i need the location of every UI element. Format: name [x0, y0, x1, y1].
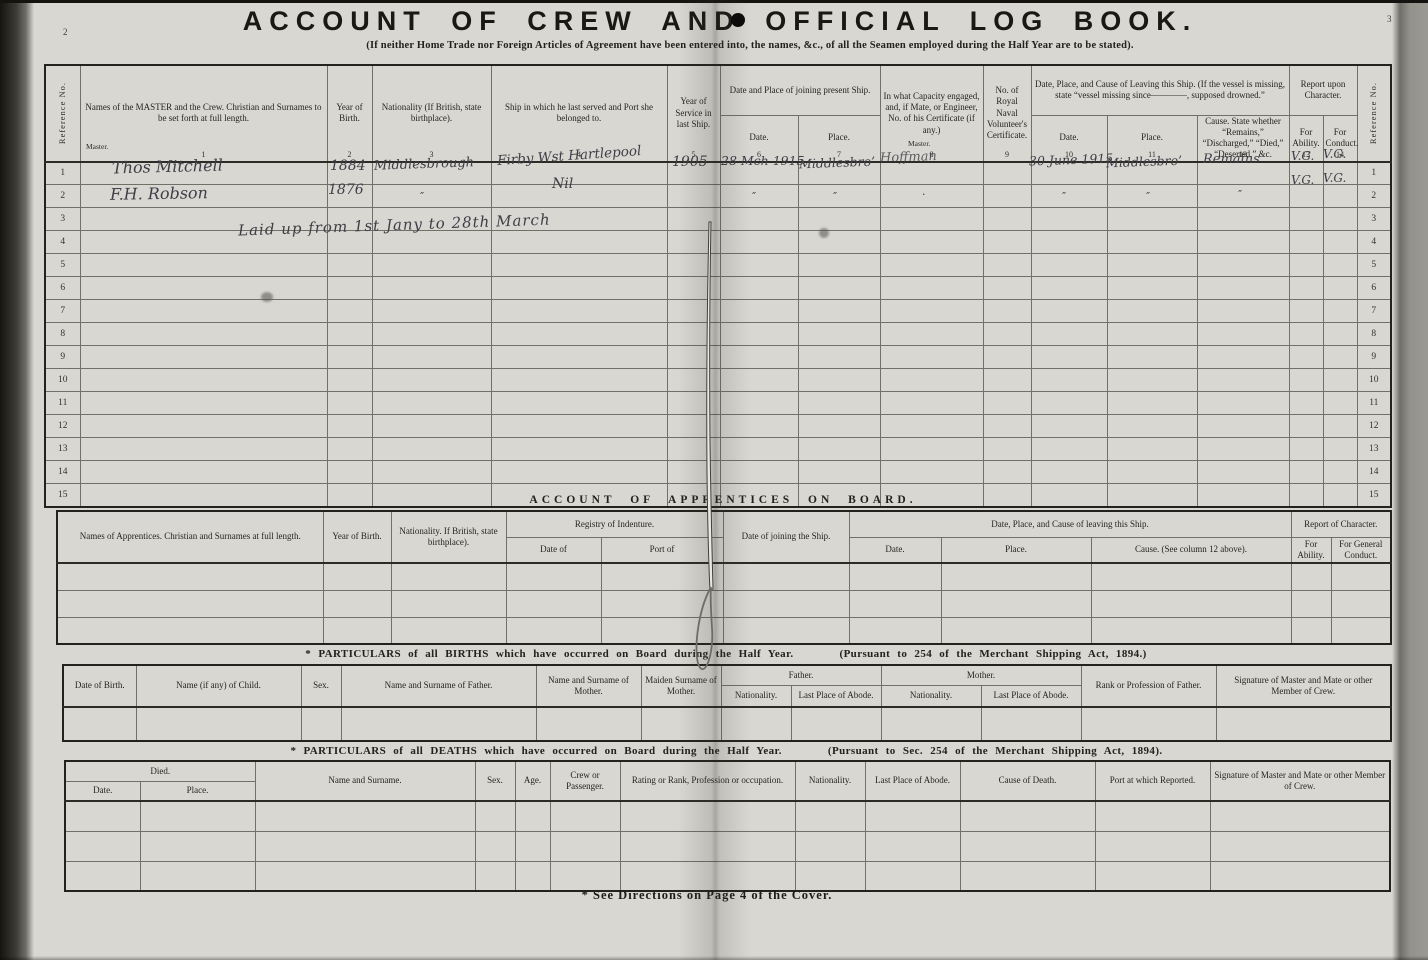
empty-cell: [620, 801, 795, 831]
empty-cell: [491, 231, 667, 254]
empty-cell: [372, 369, 491, 392]
empty-cell: [1095, 801, 1210, 831]
empty-cell: [880, 277, 983, 300]
empty-cell: [1197, 300, 1289, 323]
crew-col-reference-left: Reference No.: [45, 65, 80, 162]
empty-cell: [80, 415, 327, 438]
empty-cell: [550, 861, 620, 891]
row-number: 11: [45, 392, 80, 415]
empty-cell: [1095, 831, 1210, 861]
empty-cell: [721, 707, 791, 741]
row-number: 10: [45, 369, 80, 392]
empty-cell: [880, 323, 983, 346]
empty-cell: [960, 861, 1095, 891]
empty-cell: [880, 208, 983, 231]
birth-row: [63, 707, 1391, 741]
empty-cell: [1289, 346, 1323, 369]
crew-col-year-of-birth: Year of Birth.2: [327, 65, 372, 162]
empty-cell: [667, 415, 720, 438]
row-number: 11: [1357, 392, 1391, 415]
empty-cell: [491, 185, 667, 208]
empty-cell: [506, 563, 601, 590]
crew-row: 1010: [45, 369, 1391, 392]
crew-col-reference-right: Reference No.: [1357, 65, 1391, 162]
empty-cell: [506, 617, 601, 644]
births-col-child-name: Name (if any) of Child.: [136, 665, 301, 707]
empty-cell: [795, 861, 865, 891]
empty-cell: [1210, 801, 1390, 831]
empty-cell: [1031, 392, 1107, 415]
empty-cell: [1031, 300, 1107, 323]
births-col-mother-nationality: Nationality.: [881, 685, 981, 707]
births-col-mother-name: Name and Surname of Mother.: [536, 665, 641, 707]
empty-cell: [515, 861, 550, 891]
row-number: 8: [45, 323, 80, 346]
empty-cell: [491, 346, 667, 369]
empty-cell: [865, 801, 960, 831]
empty-cell: [372, 392, 491, 415]
empty-cell: [1331, 617, 1391, 644]
row-number: 8: [1357, 323, 1391, 346]
empty-cell: [1031, 277, 1107, 300]
deaths-col-died-date: Date.: [65, 781, 140, 801]
appr-col-leaving-date: Date.: [849, 537, 941, 563]
empty-cell: [1331, 590, 1391, 617]
empty-cell: [1323, 415, 1357, 438]
empty-cell: [491, 461, 667, 484]
empty-cell: [983, 208, 1031, 231]
empty-cell: [1323, 392, 1357, 415]
appr-colgroup-registry: Registry of Indenture.: [506, 511, 723, 537]
empty-cell: [941, 617, 1091, 644]
entry-row2-last-ship: Nil: [552, 176, 573, 192]
death-row: [65, 801, 1390, 831]
entry-row1-leaving-place: Middlesbro’: [1106, 153, 1183, 171]
empty-cell: [491, 323, 667, 346]
empty-cell: [65, 861, 140, 891]
empty-cell: [983, 254, 1031, 277]
page-number-left: 2: [63, 27, 68, 37]
empty-cell: [981, 707, 1081, 741]
empty-cell: [849, 563, 941, 590]
births-colgroup-father: Father.: [721, 665, 881, 685]
row-number: 12: [45, 415, 80, 438]
empty-cell: [620, 831, 795, 861]
empty-cell: [1031, 369, 1107, 392]
empty-cell: [65, 801, 140, 831]
empty-cell: [1197, 461, 1289, 484]
empty-cell: [140, 801, 255, 831]
entry-row2-capacity-ditto: ·: [922, 188, 926, 201]
empty-cell: [1197, 369, 1289, 392]
deaths-col-rating: Rating or Rank, Profession or occupation…: [620, 761, 795, 801]
crew-col-names: Names of the MASTER and the Crew. Christ…: [80, 65, 327, 162]
empty-cell: [798, 300, 880, 323]
empty-cell: [1323, 254, 1357, 277]
empty-cell: [323, 617, 391, 644]
row-number: 2: [1357, 185, 1391, 208]
appr-colgroup-report: Report of Character.: [1291, 511, 1391, 537]
empty-cell: [720, 461, 798, 484]
empty-cell: [798, 208, 880, 231]
empty-cell: [491, 392, 667, 415]
crew-row: 1111: [45, 392, 1391, 415]
empty-cell: [1091, 617, 1291, 644]
entry-row1-name: Thos Mitchell: [112, 156, 223, 178]
empty-cell: [865, 831, 960, 861]
empty-cell: [1289, 208, 1323, 231]
empty-cell: [1291, 617, 1331, 644]
births-table: Date of Birth. Name (if any) of Child. S…: [62, 664, 1392, 742]
empty-cell: [327, 392, 372, 415]
deaths-colgroup-died: Died.: [65, 761, 255, 781]
deaths-col-nationality: Nationality.: [795, 761, 865, 801]
empty-cell: [983, 300, 1031, 323]
empty-cell: [798, 277, 880, 300]
empty-cell: [1081, 707, 1216, 741]
empty-cell: [1323, 277, 1357, 300]
crew-colgroup-report: Report upon Character.: [1289, 65, 1357, 115]
row-number: 13: [45, 438, 80, 461]
crew-row: 1212: [45, 415, 1391, 438]
empty-cell: [720, 231, 798, 254]
master-row-label: Master.: [86, 142, 108, 151]
apprentice-row: [57, 617, 1391, 644]
empty-cell: [372, 185, 491, 208]
row-number: 6: [1357, 277, 1391, 300]
row-number: 12: [1357, 415, 1391, 438]
empty-cell: [667, 392, 720, 415]
empty-cell: [80, 346, 327, 369]
empty-cell: [1289, 300, 1323, 323]
empty-cell: [536, 707, 641, 741]
empty-cell: [795, 831, 865, 861]
empty-cell: [720, 300, 798, 323]
empty-cell: [1289, 415, 1323, 438]
empty-cell: [391, 563, 506, 590]
empty-cell: [1210, 831, 1390, 861]
empty-cell: [667, 254, 720, 277]
empty-cell: [1323, 438, 1357, 461]
appr-colgroup-leaving: Date, Place, and Cause of leaving this S…: [849, 511, 1291, 537]
empty-cell: [1323, 461, 1357, 484]
empty-cell: [1031, 231, 1107, 254]
empty-cell: [960, 831, 1095, 861]
entry-row2-conduct: V.G.: [1323, 171, 1346, 185]
empty-cell: [798, 461, 880, 484]
apprentice-row: [57, 590, 1391, 617]
births-heading: * PARTICULARS of all BIRTHS which have o…: [62, 648, 1390, 660]
apprentices-table: Names of Apprentices. Christian and Surn…: [56, 510, 1392, 645]
smudge: [261, 292, 273, 302]
empty-cell: [80, 392, 327, 415]
entry-row2-leaving-date-ditto: ″: [1062, 190, 1066, 203]
empty-cell: [327, 277, 372, 300]
empty-cell: [720, 185, 798, 208]
empty-cell: [1107, 208, 1197, 231]
births-col-father-nationality: Nationality.: [721, 685, 791, 707]
empty-cell: [1289, 323, 1323, 346]
appr-col-nationality: Nationality. If British, state birthplac…: [391, 511, 506, 563]
empty-cell: [491, 415, 667, 438]
empty-cell: [720, 415, 798, 438]
empty-cell: [667, 300, 720, 323]
empty-cell: [1107, 254, 1197, 277]
empty-cell: [80, 461, 327, 484]
empty-cell: [798, 254, 880, 277]
empty-cell: [491, 300, 667, 323]
appr-col-registry-port: Port of: [601, 537, 723, 563]
page-number-right: 3: [1387, 14, 1392, 24]
empty-cell: [1323, 231, 1357, 254]
smudge: [819, 228, 829, 238]
row-number: 10: [1357, 369, 1391, 392]
row-number: 1: [45, 162, 80, 185]
empty-cell: [327, 415, 372, 438]
empty-cell: [667, 277, 720, 300]
empty-cell: [1197, 185, 1289, 208]
empty-cell: [849, 590, 941, 617]
empty-cell: [960, 801, 1095, 831]
empty-cell: [372, 300, 491, 323]
empty-cell: [1107, 392, 1197, 415]
empty-cell: [550, 801, 620, 831]
page-subtitle: (If neither Home Trade nor Foreign Artic…: [180, 40, 1320, 51]
deaths-heading: * PARTICULARS of all DEATHS which have o…: [64, 745, 1389, 757]
empty-cell: [720, 438, 798, 461]
crew-row: 77: [45, 300, 1391, 323]
row-number: 14: [45, 461, 80, 484]
empty-cell: [1107, 461, 1197, 484]
empty-cell: [57, 563, 323, 590]
empty-cell: [63, 707, 136, 741]
empty-cell: [1323, 323, 1357, 346]
crew-colgroup-joining: Date and Place of joining present Ship.: [720, 65, 880, 115]
entry-row1-conduct: V.G.: [1323, 147, 1346, 161]
empty-cell: [1197, 346, 1289, 369]
empty-cell: [720, 254, 798, 277]
empty-cell: [880, 254, 983, 277]
crew-table: Reference No. Names of the MASTER and th…: [44, 64, 1392, 508]
empty-cell: [515, 831, 550, 861]
empty-cell: [1107, 415, 1197, 438]
empty-cell: [1197, 392, 1289, 415]
ink-blot: [731, 13, 745, 27]
empty-cell: [255, 801, 475, 831]
empty-cell: [983, 438, 1031, 461]
empty-cell: [1289, 438, 1323, 461]
births-col-signature: Signature of Master and Mate or other Me…: [1216, 665, 1391, 707]
crew-row: 11: [45, 162, 1391, 185]
deaths-col-age: Age.: [515, 761, 550, 801]
empty-cell: [475, 801, 515, 831]
empty-cell: [1031, 323, 1107, 346]
empty-cell: [323, 590, 391, 617]
births-col-rank: Rank or Profession of Father.: [1081, 665, 1216, 707]
empty-cell: [723, 563, 849, 590]
empty-cell: [720, 346, 798, 369]
empty-cell: [506, 590, 601, 617]
row-number: 7: [1357, 300, 1391, 323]
entry-row1-year-of-birth: 1884: [330, 158, 366, 174]
empty-cell: [723, 617, 849, 644]
empty-cell: [720, 323, 798, 346]
empty-cell: [720, 277, 798, 300]
apprentice-row: [57, 563, 1391, 590]
row-number: 14: [1357, 461, 1391, 484]
empty-cell: [798, 369, 880, 392]
empty-cell: [1289, 392, 1323, 415]
row-number: 13: [1357, 438, 1391, 461]
empty-cell: [301, 707, 341, 741]
entry-row2-leaving-place-ditto: ″: [1146, 190, 1150, 203]
entry-row2-joining-place-ditto: ″: [833, 190, 837, 203]
entry-row1-joining-date: 28 Mch 1915: [721, 153, 805, 168]
empty-cell: [1323, 346, 1357, 369]
empty-cell: [667, 185, 720, 208]
empty-cell: [983, 369, 1031, 392]
row-number: 9: [1357, 346, 1391, 369]
empty-cell: [1323, 208, 1357, 231]
empty-cell: [80, 254, 327, 277]
births-colgroup-mother: Mother.: [881, 665, 1081, 685]
empty-cell: [667, 369, 720, 392]
empty-cell: [136, 707, 301, 741]
empty-cell: [65, 831, 140, 861]
births-col-father-abode: Last Place of Abode.: [791, 685, 881, 707]
empty-cell: [641, 707, 721, 741]
empty-cell: [80, 277, 327, 300]
empty-cell: [1107, 323, 1197, 346]
empty-cell: [1107, 369, 1197, 392]
row-number: 5: [45, 254, 80, 277]
entry-row2-joining-date-ditto: ″: [752, 190, 756, 203]
empty-cell: [798, 392, 880, 415]
row-number: 7: [45, 300, 80, 323]
empty-cell: [601, 590, 723, 617]
empty-cell: [372, 323, 491, 346]
empty-cell: [983, 185, 1031, 208]
entry-row1-year-of-service: 1905: [672, 154, 708, 170]
row-number: 6: [45, 277, 80, 300]
crew-row: 99: [45, 346, 1391, 369]
empty-cell: [1216, 707, 1391, 741]
empty-cell: [372, 346, 491, 369]
empty-cell: [720, 369, 798, 392]
empty-cell: [80, 369, 327, 392]
row-number: 4: [1357, 231, 1391, 254]
entry-row2-cause-ditto: ″: [1238, 188, 1242, 201]
empty-cell: [491, 254, 667, 277]
crew-colgroup-leaving: Date, Place, and Cause of Leaving this S…: [1031, 65, 1289, 115]
appr-col-ability: For Ability.: [1291, 537, 1331, 563]
empty-cell: [601, 563, 723, 590]
empty-cell: [80, 300, 327, 323]
empty-cell: [550, 831, 620, 861]
deaths-col-died-place: Place.: [140, 781, 255, 801]
empty-cell: [667, 346, 720, 369]
empty-cell: [983, 277, 1031, 300]
empty-cell: [849, 617, 941, 644]
empty-cell: [1323, 369, 1357, 392]
crew-col-year-of-service: Year of Service in last Ship.5: [667, 65, 720, 162]
row-number: 3: [1357, 208, 1391, 231]
empty-cell: [1289, 369, 1323, 392]
empty-cell: [798, 438, 880, 461]
empty-cell: [1091, 563, 1291, 590]
empty-cell: [1289, 185, 1323, 208]
deaths-col-signature: Signature of Master and Mate or other Me…: [1210, 761, 1390, 801]
appr-col-conduct: For General Conduct.: [1331, 537, 1391, 563]
empty-cell: [983, 346, 1031, 369]
empty-cell: [1095, 861, 1210, 891]
empty-cell: [880, 392, 983, 415]
empty-cell: [983, 323, 1031, 346]
empty-cell: [1107, 346, 1197, 369]
crew-row: 22: [45, 185, 1391, 208]
empty-cell: [475, 831, 515, 861]
empty-cell: [1197, 208, 1289, 231]
appr-col-leaving-place: Place.: [941, 537, 1091, 563]
empty-cell: [491, 369, 667, 392]
empty-cell: [865, 861, 960, 891]
death-row: [65, 831, 1390, 861]
empty-cell: [1197, 231, 1289, 254]
empty-cell: [1197, 254, 1289, 277]
empty-cell: [1289, 254, 1323, 277]
row-number: 9: [45, 346, 80, 369]
empty-cell: [667, 461, 720, 484]
empty-cell: [327, 254, 372, 277]
births-col-date: Date of Birth.: [63, 665, 136, 707]
births-col-maiden-name: Maiden Surname of Mother.: [641, 665, 721, 707]
appr-col-names: Names of Apprentices. Christian and Surn…: [57, 511, 323, 563]
empty-cell: [983, 461, 1031, 484]
deaths-col-cause: Cause of Death.: [960, 761, 1095, 801]
crew-row: 55: [45, 254, 1391, 277]
empty-cell: [667, 438, 720, 461]
empty-cell: [795, 801, 865, 831]
empty-cell: [372, 277, 491, 300]
empty-cell: [327, 346, 372, 369]
entry-row1-capacity: Hoffman: [880, 149, 937, 166]
empty-cell: [57, 617, 323, 644]
empty-cell: [881, 707, 981, 741]
crew-col-rnv-certificate: No. of Royal Naval Volunteer's Certifica…: [983, 65, 1031, 162]
empty-cell: [880, 415, 983, 438]
empty-cell: [1197, 415, 1289, 438]
empty-cell: [327, 369, 372, 392]
empty-cell: [1031, 208, 1107, 231]
empty-cell: [983, 415, 1031, 438]
empty-cell: [1091, 590, 1291, 617]
empty-cell: [667, 208, 720, 231]
births-col-sex: Sex.: [301, 665, 341, 707]
entry-row2-nationality-ditto: ″: [420, 190, 424, 203]
empty-cell: [372, 415, 491, 438]
deaths-col-abode: Last Place of Abode.: [865, 761, 960, 801]
empty-cell: [1197, 277, 1289, 300]
empty-cell: [327, 323, 372, 346]
entry-row1-leaving-date: 30 June 1915: [1029, 151, 1114, 169]
capacity-master-label: Master.: [908, 139, 930, 148]
empty-cell: [1291, 590, 1331, 617]
empty-cell: [983, 162, 1031, 185]
entry-row2-name: F.H. Robson: [110, 183, 208, 204]
empty-cell: [1291, 563, 1331, 590]
entry-row1-ability: V.G.: [1291, 149, 1314, 163]
empty-cell: [515, 801, 550, 831]
